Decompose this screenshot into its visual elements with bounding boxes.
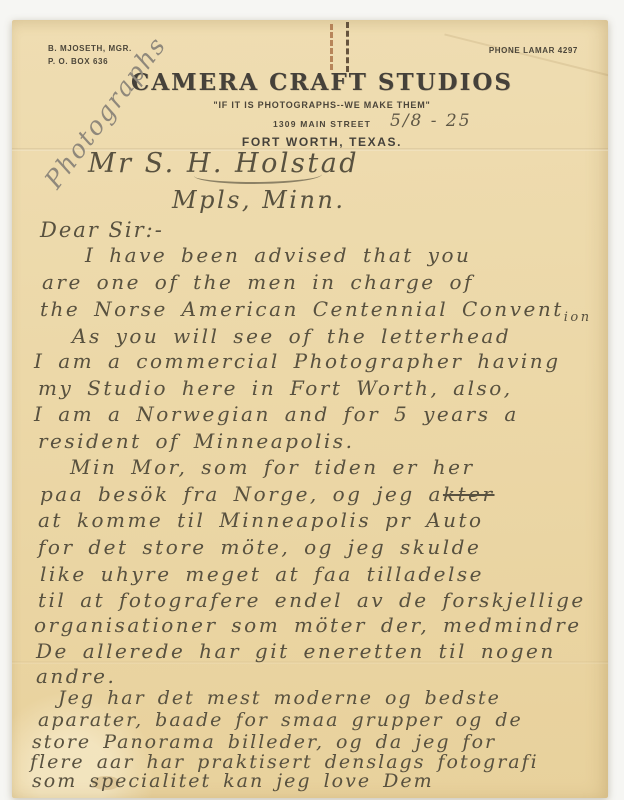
letter-line: resident of Minneapolis.	[38, 429, 354, 453]
letter-line: my Studio here in Fort Worth, also,	[38, 376, 513, 400]
salutation: Dear Sir:-	[40, 218, 164, 242]
letter-line: paa besök fra Norge, og jeg akter	[40, 482, 495, 506]
letter-line: at komme til Minneapolis pr Auto	[38, 508, 484, 532]
handwritten-date: 5/8 - 25	[390, 111, 472, 131]
letter-line: som specialitet kan jeg love Dem	[32, 770, 434, 792]
squeezed-word-ending: ion	[564, 310, 592, 325]
letter-scan-paper: B. MJOSETH, MGR. P. O. BOX 636 PHONE LAM…	[12, 20, 608, 798]
letterhead-phone: PHONE LAMAR 4297	[489, 46, 578, 55]
letter-line: Jeg har det mest moderne og bedste	[58, 687, 501, 709]
letter-line: til at fotografere endel av de forskjell…	[38, 588, 586, 612]
letter-line: I am a Norwegian and for 5 years a	[34, 402, 519, 426]
letter-line: andre.	[36, 664, 116, 688]
signature-swash	[194, 166, 322, 184]
crossed-out-word: kter	[443, 482, 495, 506]
letter-line: aparater, baade for smaa grupper og de	[38, 709, 523, 731]
letter-line: Min Mor, som for tiden er her	[70, 455, 475, 479]
letter-line: I am a commercial Photographer having	[34, 349, 561, 373]
letter-line: De allerede har git eneretten til nogen	[36, 639, 556, 663]
city-state: FORT WORTH, TEXAS.	[24, 135, 608, 149]
letter-line: organisationer som möter der, medmindre	[34, 613, 582, 637]
letterhead-manager-block: B. MJOSETH, MGR. P. O. BOX 636	[48, 42, 132, 68]
staple-rust-mark	[330, 24, 333, 70]
manager-name: B. MJOSETH, MGR.	[48, 42, 132, 55]
letter-line: like uhyre meget at faa tilladelse	[40, 562, 484, 586]
letter-line: are one of the men in charge of	[42, 270, 474, 294]
letter-line: As you will see of the letterhead	[72, 324, 511, 348]
recipient-city: Mpls, Minn.	[172, 186, 345, 214]
letter-line: store Panorama billeder, og da jeg for	[32, 731, 496, 753]
staple-rust-mark	[346, 22, 349, 72]
po-box: P. O. BOX 636	[48, 55, 132, 68]
letter-line: I have been advised that you	[85, 243, 471, 267]
letter-line: for det store möte, og jeg skulde	[38, 535, 481, 559]
